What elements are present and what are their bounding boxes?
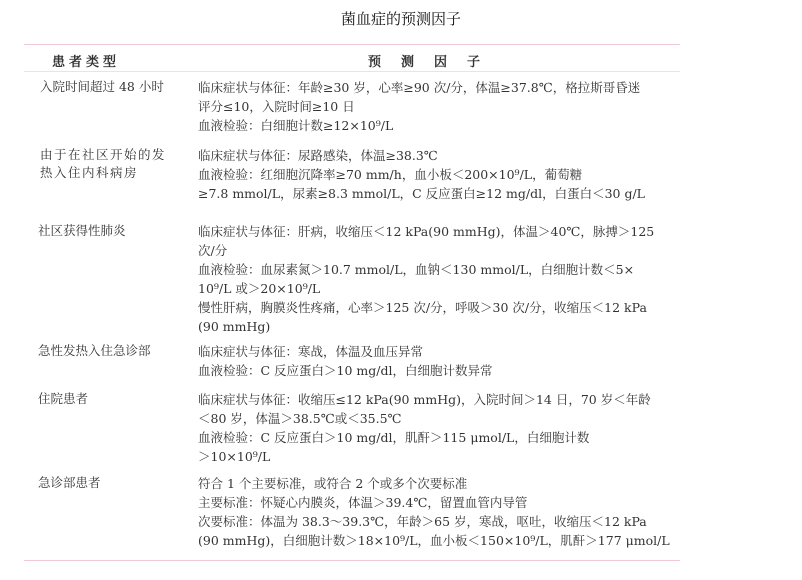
patient-type-cell: 社区获得性肺炎: [38, 222, 188, 240]
patient-type-line: 由于在社区开始的发: [40, 146, 190, 164]
predictor-line: 血液检验：血尿素氮＞10.7 mmol/L，血钠＜130 mmol/L，白细胞计…: [198, 260, 686, 279]
predictor-cell: 符合 1 个主要标准，或符合 2 个或多个次要标准 主要标准：怀疑心内膜炎，体温…: [198, 474, 686, 550]
patient-type-cell: 急性发热入住急诊部: [38, 342, 188, 360]
patient-type-cell: 住院患者: [38, 390, 188, 408]
predictor-line: ＞10×10⁹/L: [198, 447, 686, 466]
predictor-cell: 临床症状与体征：年龄≥30 岁，心率≥90 次/分，体温≥37.8℃，格拉斯哥昏…: [198, 78, 686, 135]
table-header-rule: [24, 71, 680, 72]
patient-type-cell: 急诊部患者: [38, 474, 188, 492]
predictor-line: ＜80 岁，体温＞38.5℃或＜35.5℃: [198, 409, 686, 428]
predictor-line: 血液检验：白细胞计数≥12×10⁹/L: [198, 116, 686, 135]
predictor-line: 临床症状与体征：肝病，收缩压＜12 kPa(90 mmHg)，体温＞40℃，脉搏…: [198, 222, 686, 241]
predictor-cell: 临床症状与体征：尿路感染，体温≥38.3℃ 血液检验：红细胞沉降率≥70 mm/…: [198, 146, 686, 203]
document-title: 菌血症的预测因子: [0, 8, 802, 29]
predictor-line: 血液检验：C 反应蛋白＞10 mg/dl，白细胞计数异常: [198, 361, 686, 380]
predictor-line: 慢性肝病，胸膜炎性疼痛，心率＞125 次/分，呼吸＞30 次/分，收缩压＜12 …: [198, 298, 686, 317]
predictor-line: 次/分: [198, 241, 686, 260]
predictor-line: 符合 1 个主要标准，或符合 2 个或多个次要标准: [198, 474, 686, 493]
predictor-line: 次要标准：体温为 38.3～39.3℃，年龄＞65 岁，寒战，呕吐，收缩压＜12…: [198, 512, 686, 531]
predictor-line: 临床症状与体征：收缩压≤12 kPa(90 mmHg)，入院时间＞14 日，70…: [198, 390, 686, 409]
predictor-line: 主要标准：怀疑心内膜炎，体温＞39.4℃，留置血管内导管: [198, 493, 686, 512]
header-patient-type: 患者类型: [52, 51, 120, 70]
predictor-line: ≥7.8 mmol/L，尿素≥8.3 mmol/L，C 反应蛋白≥12 mg/d…: [198, 184, 686, 203]
patient-type-cell: 由于在社区开始的发 热入住内科病房: [40, 146, 190, 182]
header-predictors: 预测因子: [368, 51, 500, 70]
predictor-line: 评分≤10，入院时间≥10 日: [198, 97, 686, 116]
predictor-line: 临床症状与体征：尿路感染，体温≥38.3℃: [198, 146, 686, 165]
predictor-line: (90 mmHg): [198, 317, 686, 336]
table-top-rule: [24, 44, 680, 45]
patient-type-line: 热入住内科病房: [40, 164, 190, 182]
patient-type-cell: 入院时间超过 48 小时: [40, 78, 190, 96]
predictor-line: (90 mmHg)，白细胞计数＞18×10⁹/L，血小板＜150×10⁹/L，肌…: [198, 531, 686, 550]
predictor-line: 10⁹/L 或＞20×10⁹/L: [198, 279, 686, 298]
predictor-cell: 临床症状与体征：收缩压≤12 kPa(90 mmHg)，入院时间＞14 日，70…: [198, 390, 686, 466]
table-bottom-rule: [24, 560, 680, 561]
predictor-line: 临床症状与体征：年龄≥30 岁，心率≥90 次/分，体温≥37.8℃，格拉斯哥昏…: [198, 78, 686, 97]
predictor-cell: 临床症状与体征：肝病，收缩压＜12 kPa(90 mmHg)，体温＞40℃，脉搏…: [198, 222, 686, 336]
predictor-cell: 临床症状与体征：寒战，体温及血压异常 血液检验：C 反应蛋白＞10 mg/dl，…: [198, 342, 686, 380]
predictor-line: 临床症状与体征：寒战，体温及血压异常: [198, 342, 686, 361]
predictor-line: 血液检验：红细胞沉降率≥70 mm/h，血小板＜200×10⁹/L，葡萄糖: [198, 165, 686, 184]
predictor-line: 血液检验：C 反应蛋白＞10 mg/dl，肌酐＞115 μmol/L，白细胞计数: [198, 428, 686, 447]
